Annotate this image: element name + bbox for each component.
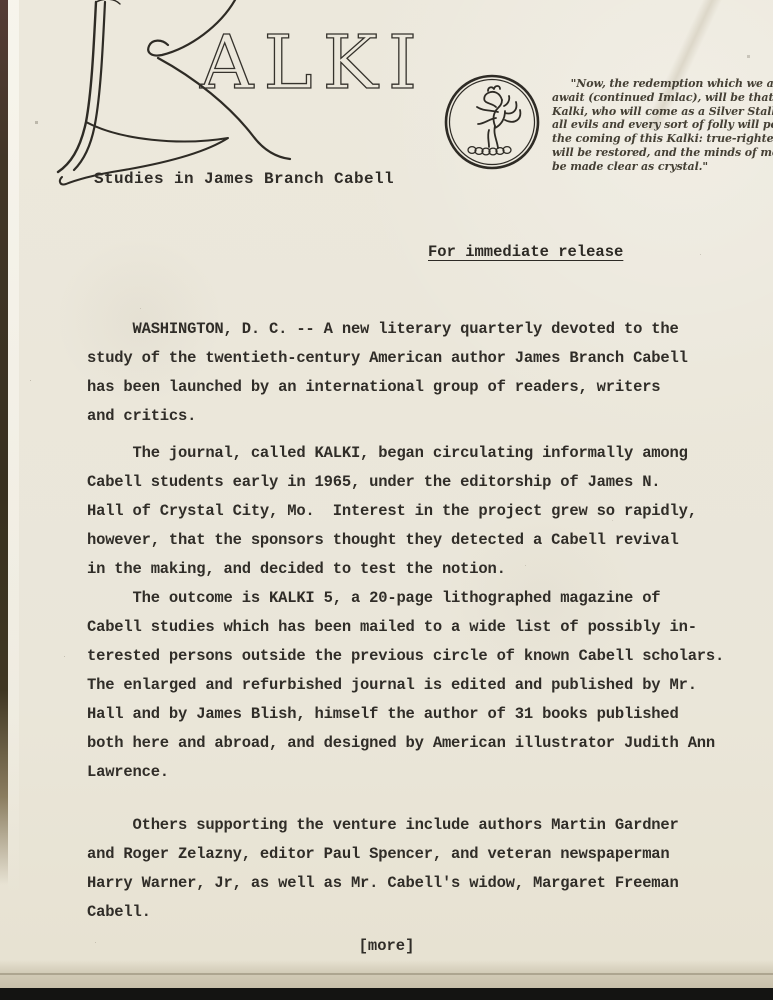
- paper-specks: [0, 0, 1, 1]
- paragraph-3: The outcome is KALKI 5, a 20-page lithog…: [87, 584, 733, 787]
- kalki-logotype-letters: ALKI: [199, 20, 427, 106]
- release-heading: For immediate release: [428, 243, 623, 261]
- journal-tagline: Studies in James Branch Cabell: [94, 170, 394, 188]
- scan-left-edge: [0, 0, 8, 885]
- scan-bottom-scratch: [0, 973, 773, 975]
- paragraph-4: Others supporting the venture include au…: [87, 811, 733, 927]
- scan-bottom-bar: [0, 988, 773, 1000]
- release-body: WASHINGTON, D. C. -- A new literary quar…: [87, 315, 733, 927]
- paragraph-2: The journal, called KALKI, began circula…: [87, 439, 733, 584]
- rearing-stallion-icon: [446, 76, 538, 168]
- kalki-motto-quote: "Now, the redemption which we as yet awa…: [552, 77, 770, 174]
- stallion-seal-emblem: [442, 70, 542, 175]
- more-marker: [more]: [0, 932, 773, 961]
- press-release-page: ALKI: [0, 0, 773, 1000]
- paragraph-1: WASHINGTON, D. C. -- A new literary quar…: [87, 315, 733, 431]
- scan-left-highlight: [8, 0, 19, 900]
